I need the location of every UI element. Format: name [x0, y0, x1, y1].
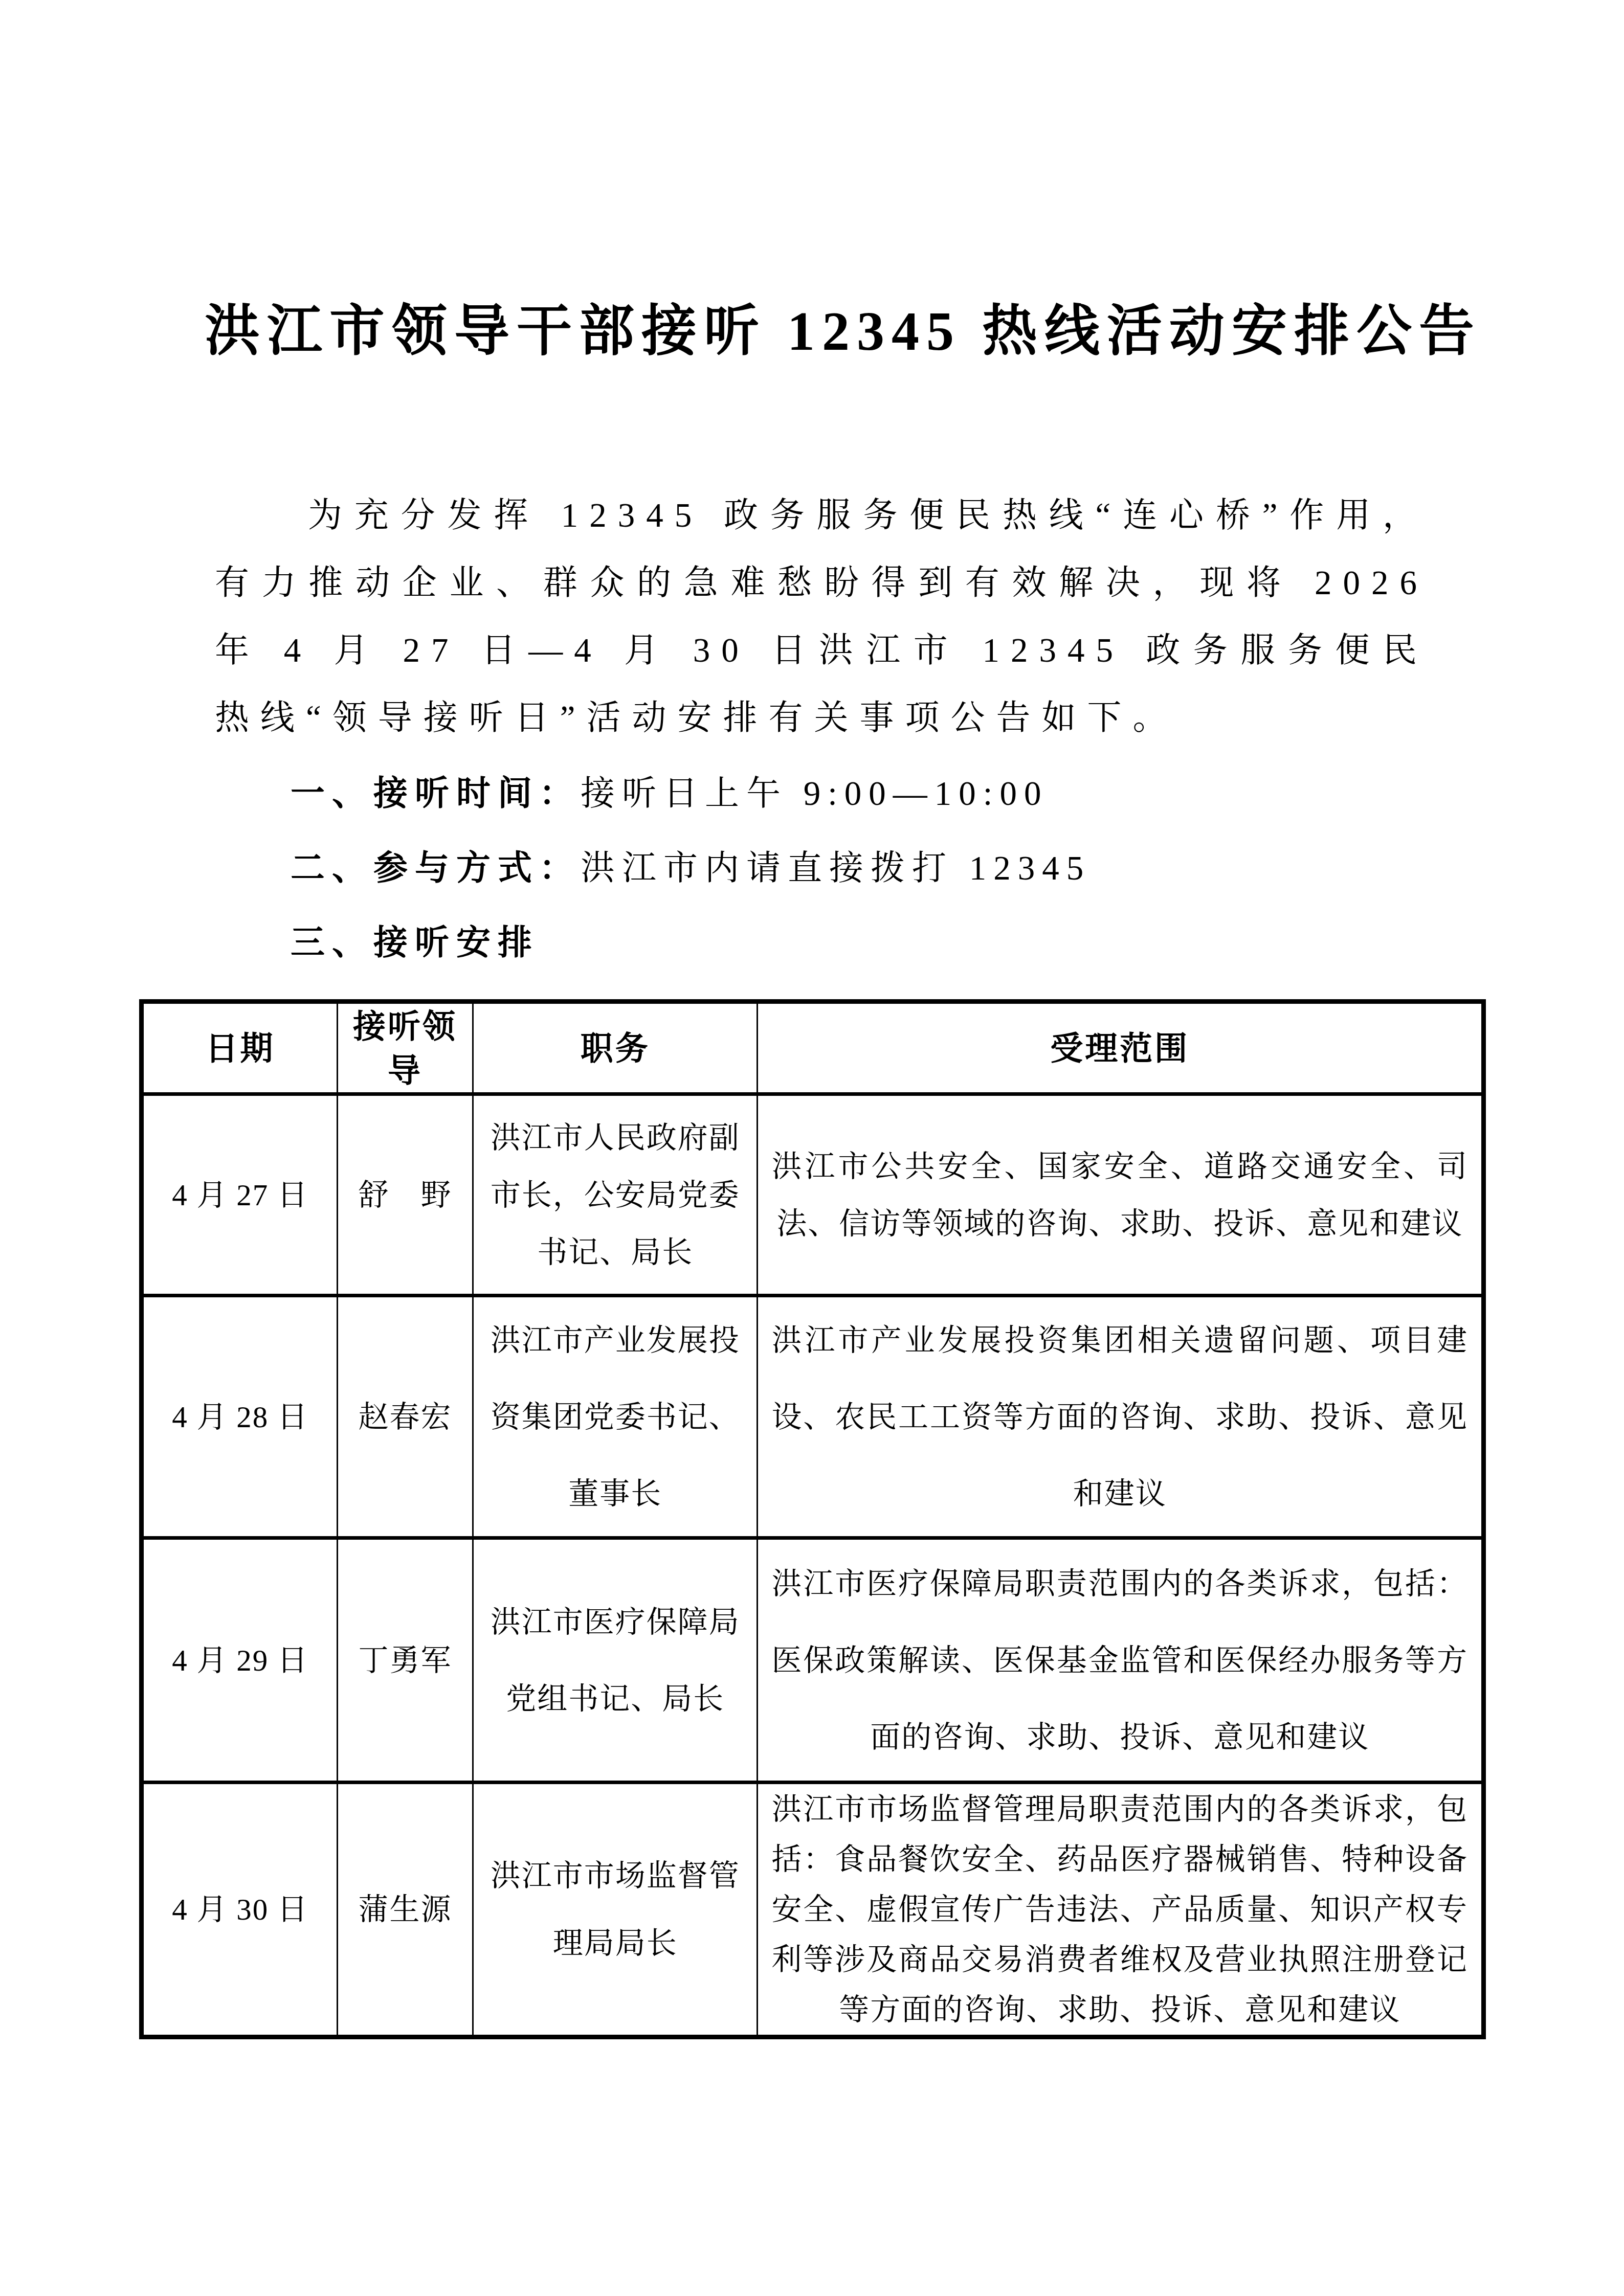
document-page: 洪江市领导干部接听 12345 热线活动安排公告 为充分发挥 12345 政务服…	[0, 0, 1624, 2296]
table-header-row: 日期 接听领导 职务 受理范围	[142, 1002, 1484, 1094]
table-row: 4 月 27 日 舒 野 洪江市人民政府副市长，公安局党委书记、局长 洪江市公共…	[142, 1094, 1484, 1296]
cell-position: 洪江市医疗保障局党组书记、局长	[473, 1538, 758, 1783]
notice-item-schedule: 三、接听安排	[215, 910, 1428, 985]
cell-leader: 丁勇军	[338, 1538, 473, 1783]
intro-paragraph: 为充分发挥 12345 政务服务便民热线“连心桥”作用，有力推动企业、群众的急难…	[215, 482, 1428, 752]
cell-leader: 蒲生源	[338, 1783, 473, 2037]
cell-date: 4 月 30 日	[142, 1783, 338, 2037]
cell-date: 4 月 29 日	[142, 1538, 338, 1783]
cell-scope: 洪江市产业发展投资集团相关遗留问题、项目建设、农民工工资等方面的咨询、求助、投诉…	[758, 1296, 1484, 1538]
col-header-position: 职务	[473, 1002, 758, 1094]
notice-item-listen-time: 一、接听时间：接听日上午 9:00—10:00	[215, 761, 1428, 836]
cell-date: 4 月 28 日	[142, 1296, 338, 1538]
notice-item-participation: 二、参与方式：洪江市内请直接拨打 12345	[215, 836, 1428, 910]
cell-scope: 洪江市公共安全、国家安全、道路交通安全、司法、信访等领域的咨询、求助、投诉、意见…	[758, 1094, 1484, 1296]
cell-scope: 洪江市医疗保障局职责范围内的各类诉求，包括：医保政策解读、医保基金监管和医保经办…	[758, 1538, 1484, 1783]
notice-items: 一、接听时间：接听日上午 9:00—10:00 二、参与方式：洪江市内请直接拨打…	[215, 761, 1428, 985]
item-label: 三、接听安排	[291, 924, 539, 962]
cell-position: 洪江市人民政府副市长，公安局党委书记、局长	[473, 1094, 758, 1296]
col-header-leader: 接听领导	[338, 1002, 473, 1094]
schedule-table: 日期 接听领导 职务 受理范围 4 月 27 日 舒 野 洪江市人民政府副市长，…	[139, 999, 1486, 2039]
cell-leader: 赵春宏	[338, 1296, 473, 1538]
col-header-scope: 受理范围	[758, 1002, 1484, 1094]
table-row: 4 月 28 日 赵春宏 洪江市产业发展投资集团党委书记、董事长 洪江市产业发展…	[142, 1296, 1484, 1538]
cell-date: 4 月 27 日	[142, 1094, 338, 1296]
item-label: 二、参与方式：	[291, 849, 581, 887]
table-row: 4 月 29 日 丁勇军 洪江市医疗保障局党组书记、局长 洪江市医疗保障局职责范…	[142, 1538, 1484, 1783]
cell-position: 洪江市市场监督管理局局长	[473, 1783, 758, 2037]
item-value: 洪江市内请直接拨打 12345	[581, 849, 1091, 887]
item-value: 接听日上午 9:00—10:00	[581, 775, 1048, 813]
col-header-date: 日期	[142, 1002, 338, 1094]
cell-leader: 舒 野	[338, 1094, 473, 1296]
table-row: 4 月 30 日 蒲生源 洪江市市场监督管理局局长 洪江市市场监督管理局职责范围…	[142, 1783, 1484, 2037]
page-title: 洪江市领导干部接听 12345 热线活动安排公告	[205, 286, 1427, 366]
cell-scope: 洪江市市场监督管理局职责范围内的各类诉求，包括：食品餐饮安全、药品医疗器械销售、…	[758, 1783, 1484, 2037]
item-label: 一、接听时间：	[291, 774, 581, 813]
cell-position: 洪江市产业发展投资集团党委书记、董事长	[473, 1296, 758, 1538]
